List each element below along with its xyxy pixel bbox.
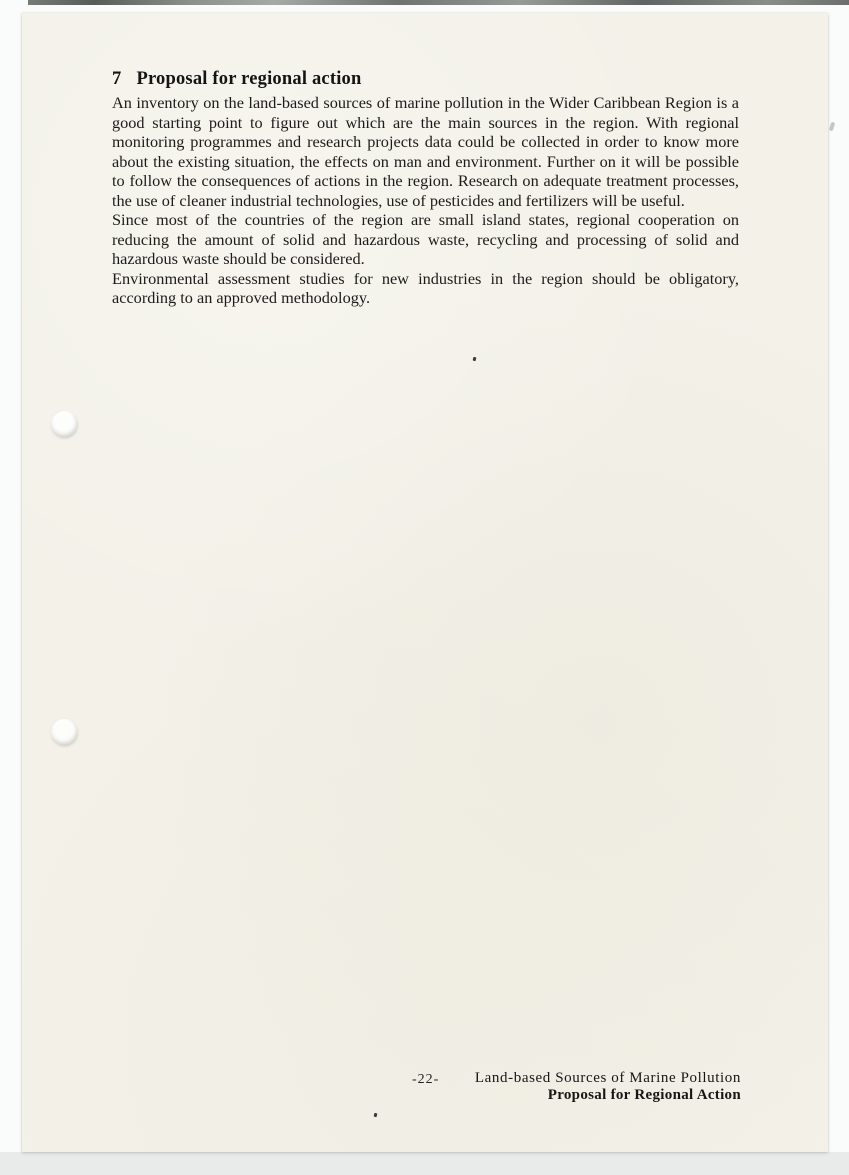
page-number: -22- (412, 1072, 439, 1088)
section-number: 7 (112, 69, 121, 89)
footer-document-title: Land-based Sources of Marine Pollution (475, 1069, 741, 1087)
page-body: 7Proposal for regional action An invento… (112, 69, 739, 308)
section-title: Proposal for regional action (136, 69, 361, 89)
hole-punch-top (51, 411, 78, 438)
scan-speck (473, 357, 477, 362)
section-heading: 7Proposal for regional action (112, 69, 739, 90)
running-footer: Land-based Sources of Marine Pollution P… (475, 1069, 741, 1104)
body-paragraph: An inventory on the land-based sources o… (112, 93, 739, 210)
hole-punch-bottom (51, 719, 78, 746)
body-paragraph: Environmental assessment studies for new… (112, 269, 739, 308)
scan-background: 7Proposal for regional action An invento… (0, 0, 849, 1175)
footer-section-title: Proposal for Regional Action (475, 1087, 741, 1104)
scanner-edge-artifact (28, 0, 849, 5)
document-page: 7Proposal for regional action An invento… (22, 13, 828, 1152)
scan-speck-right-edge (829, 122, 836, 132)
scan-speck (374, 1113, 378, 1118)
scanner-bed-background (0, 1152, 849, 1175)
body-paragraph: Since most of the countries of the regio… (112, 210, 739, 269)
